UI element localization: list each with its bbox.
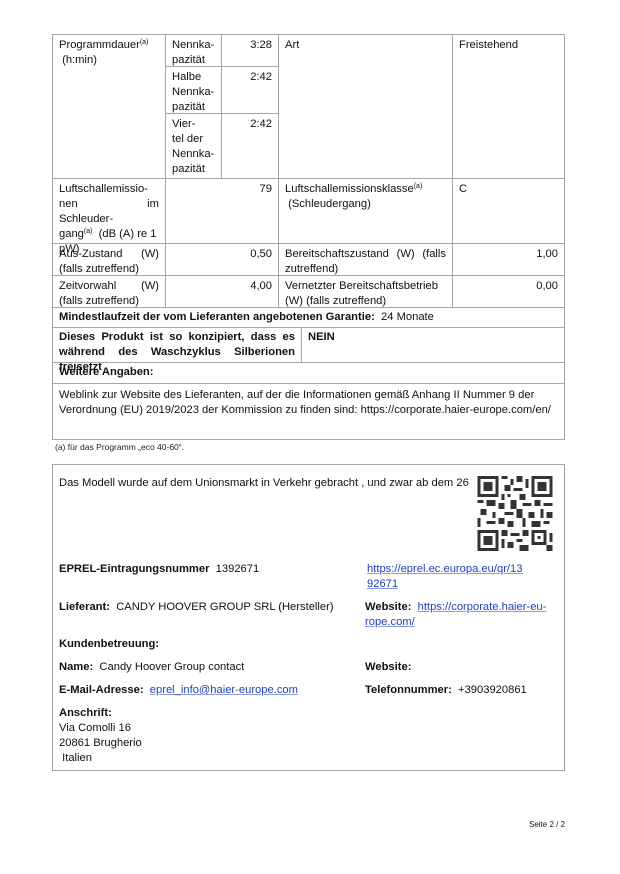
eprel-link-line[interactable]: 92671 xyxy=(367,578,398,590)
capacity-full-label: Nennka- pazität xyxy=(165,34,222,67)
market-placement-text: Das Modell wurde auf dem Unionsmarkt in … xyxy=(59,476,479,491)
contact-name-label: Name: xyxy=(59,661,93,673)
noise-class-value: C xyxy=(452,178,565,244)
delay-start-value: 4,00 xyxy=(165,275,279,308)
website-label: Website: xyxy=(365,601,411,613)
email-row: E-Mail-Adresse: eprel_info@haier-europe.… xyxy=(59,683,298,698)
eprel-number: 1392671 xyxy=(216,563,260,575)
phone-row: Telefonnummer: +3903920861 xyxy=(365,683,527,698)
page-number: Seite 2 / 2 xyxy=(529,820,565,829)
supplier-name: CANDY HOOVER GROUP SRL (Hersteller) xyxy=(116,601,333,613)
eprel-link-line[interactable]: https://eprel.ec.europa.eu/qr/13 xyxy=(367,563,522,575)
website-link[interactable]: https://corporate.haier-eu- xyxy=(418,601,547,613)
qr-code-icon[interactable] xyxy=(477,476,553,551)
website-link[interactable]: rope.com/ xyxy=(365,616,415,628)
customer-service-heading: Kundenbetreuung: xyxy=(59,637,159,652)
supplier-row: Lieferant: CANDY HOOVER GROUP SRL (Herst… xyxy=(59,600,334,615)
off-mode-value: 0,50 xyxy=(165,243,279,276)
off-mode-label: Aus-Zustand (W) (falls zutreffend) xyxy=(52,243,166,276)
noise-class-label-text: Luftschallemissionsklasse xyxy=(285,183,414,195)
warranty-label: Mindestlaufzeit der vom Lieferanten ange… xyxy=(59,311,375,323)
additional-info-weblink-text: Weblink zur Website des Lieferanten, auf… xyxy=(59,389,551,416)
address-line: Via Comolli 16 xyxy=(59,721,131,736)
address-label: Anschrift: xyxy=(59,706,112,721)
contact-name-row: Name: Candy Hoover Group contact xyxy=(59,660,244,675)
noise-class-label: Luftschallemissionsklasse(a) (Schleuderg… xyxy=(278,178,453,244)
warranty-row: Mindestlaufzeit der vom Lieferanten ange… xyxy=(52,307,565,328)
networked-standby-value: 0,00 xyxy=(452,275,565,308)
supplier-website: Website: https://corporate.haier-eu- rop… xyxy=(365,600,546,630)
capacity-quarter-label: Vier- tel der Nennka- pazität xyxy=(165,113,222,179)
capacity-quarter-value: 2:42 xyxy=(221,113,279,179)
phone-label: Telefonnummer: xyxy=(365,684,452,696)
email-link[interactable]: eprel_info@haier-europe.com xyxy=(150,684,298,696)
program-duration-unit: (h:min) xyxy=(62,54,97,66)
noise-class-label-text: (Schleudergang) xyxy=(288,198,371,210)
additional-info-label: Weitere Angaben: xyxy=(52,362,565,384)
capacity-full-value: 3:28 xyxy=(221,34,279,67)
contact-name-value: Candy Hoover Group contact xyxy=(99,661,244,673)
supplier-label: Lieferant: xyxy=(59,601,110,613)
address-line: Italien xyxy=(59,751,92,766)
standby-label: Bereitschaftszustand (W) (falls zutreffe… xyxy=(278,243,453,276)
noise-emission-value: 79 xyxy=(165,178,279,244)
eprel-label: EPREL-Eintragungsnummer xyxy=(59,563,209,575)
footnote-ref: (a) xyxy=(140,39,149,46)
noise-emission-label-line: Luftschallemissio- xyxy=(59,183,148,195)
email-label: E-Mail-Adresse: xyxy=(59,684,144,696)
eprel-link[interactable]: https://eprel.ec.europa.eu/qr/13 92671 xyxy=(367,562,522,592)
warranty-value: 24 Monate xyxy=(381,311,434,323)
address-line: 20861 Brugherio xyxy=(59,736,142,751)
delay-start-label: Zeitvorwahl (W) (falls zutreffend) xyxy=(52,275,166,308)
contact-website-label: Website: xyxy=(365,660,411,675)
type-label: Art xyxy=(278,34,453,179)
footnote: (a) für das Programm „eco 40-60“. xyxy=(55,442,184,452)
capacity-half-label: Halbe Nennka- pazität xyxy=(165,66,222,114)
silver-ions-label: Dieses Produkt ist so konzipiert, dass e… xyxy=(52,327,302,363)
standby-value: 1,00 xyxy=(452,243,565,276)
additional-info-text: Weblink zur Website des Lieferanten, auf… xyxy=(52,383,565,440)
eprel-row: EPREL-Eintragungsnummer 1392671 xyxy=(59,562,259,577)
silver-ions-value: NEIN xyxy=(301,327,565,363)
noise-emission-label-line: (dB (A) re 1 xyxy=(92,228,156,240)
program-duration-label: Programmdauer xyxy=(59,39,140,51)
footnote-ref: (a) xyxy=(414,183,423,190)
networked-standby-label: Vernetzter Bereitschaftsbetrieb (W) (fal… xyxy=(278,275,453,308)
noise-emission-label: Luftschallemissio- nen im Schleuder- gan… xyxy=(52,178,166,244)
program-duration-label-cell: Programmdauer(a) (h:min) xyxy=(52,34,166,179)
noise-emission-label-line: nen im Schleuder- xyxy=(59,198,159,225)
noise-emission-label-line: gang xyxy=(59,228,84,240)
phone-value: +3903920861 xyxy=(458,684,527,696)
capacity-half-value: 2:42 xyxy=(221,66,279,114)
type-value: Freistehend xyxy=(452,34,565,179)
